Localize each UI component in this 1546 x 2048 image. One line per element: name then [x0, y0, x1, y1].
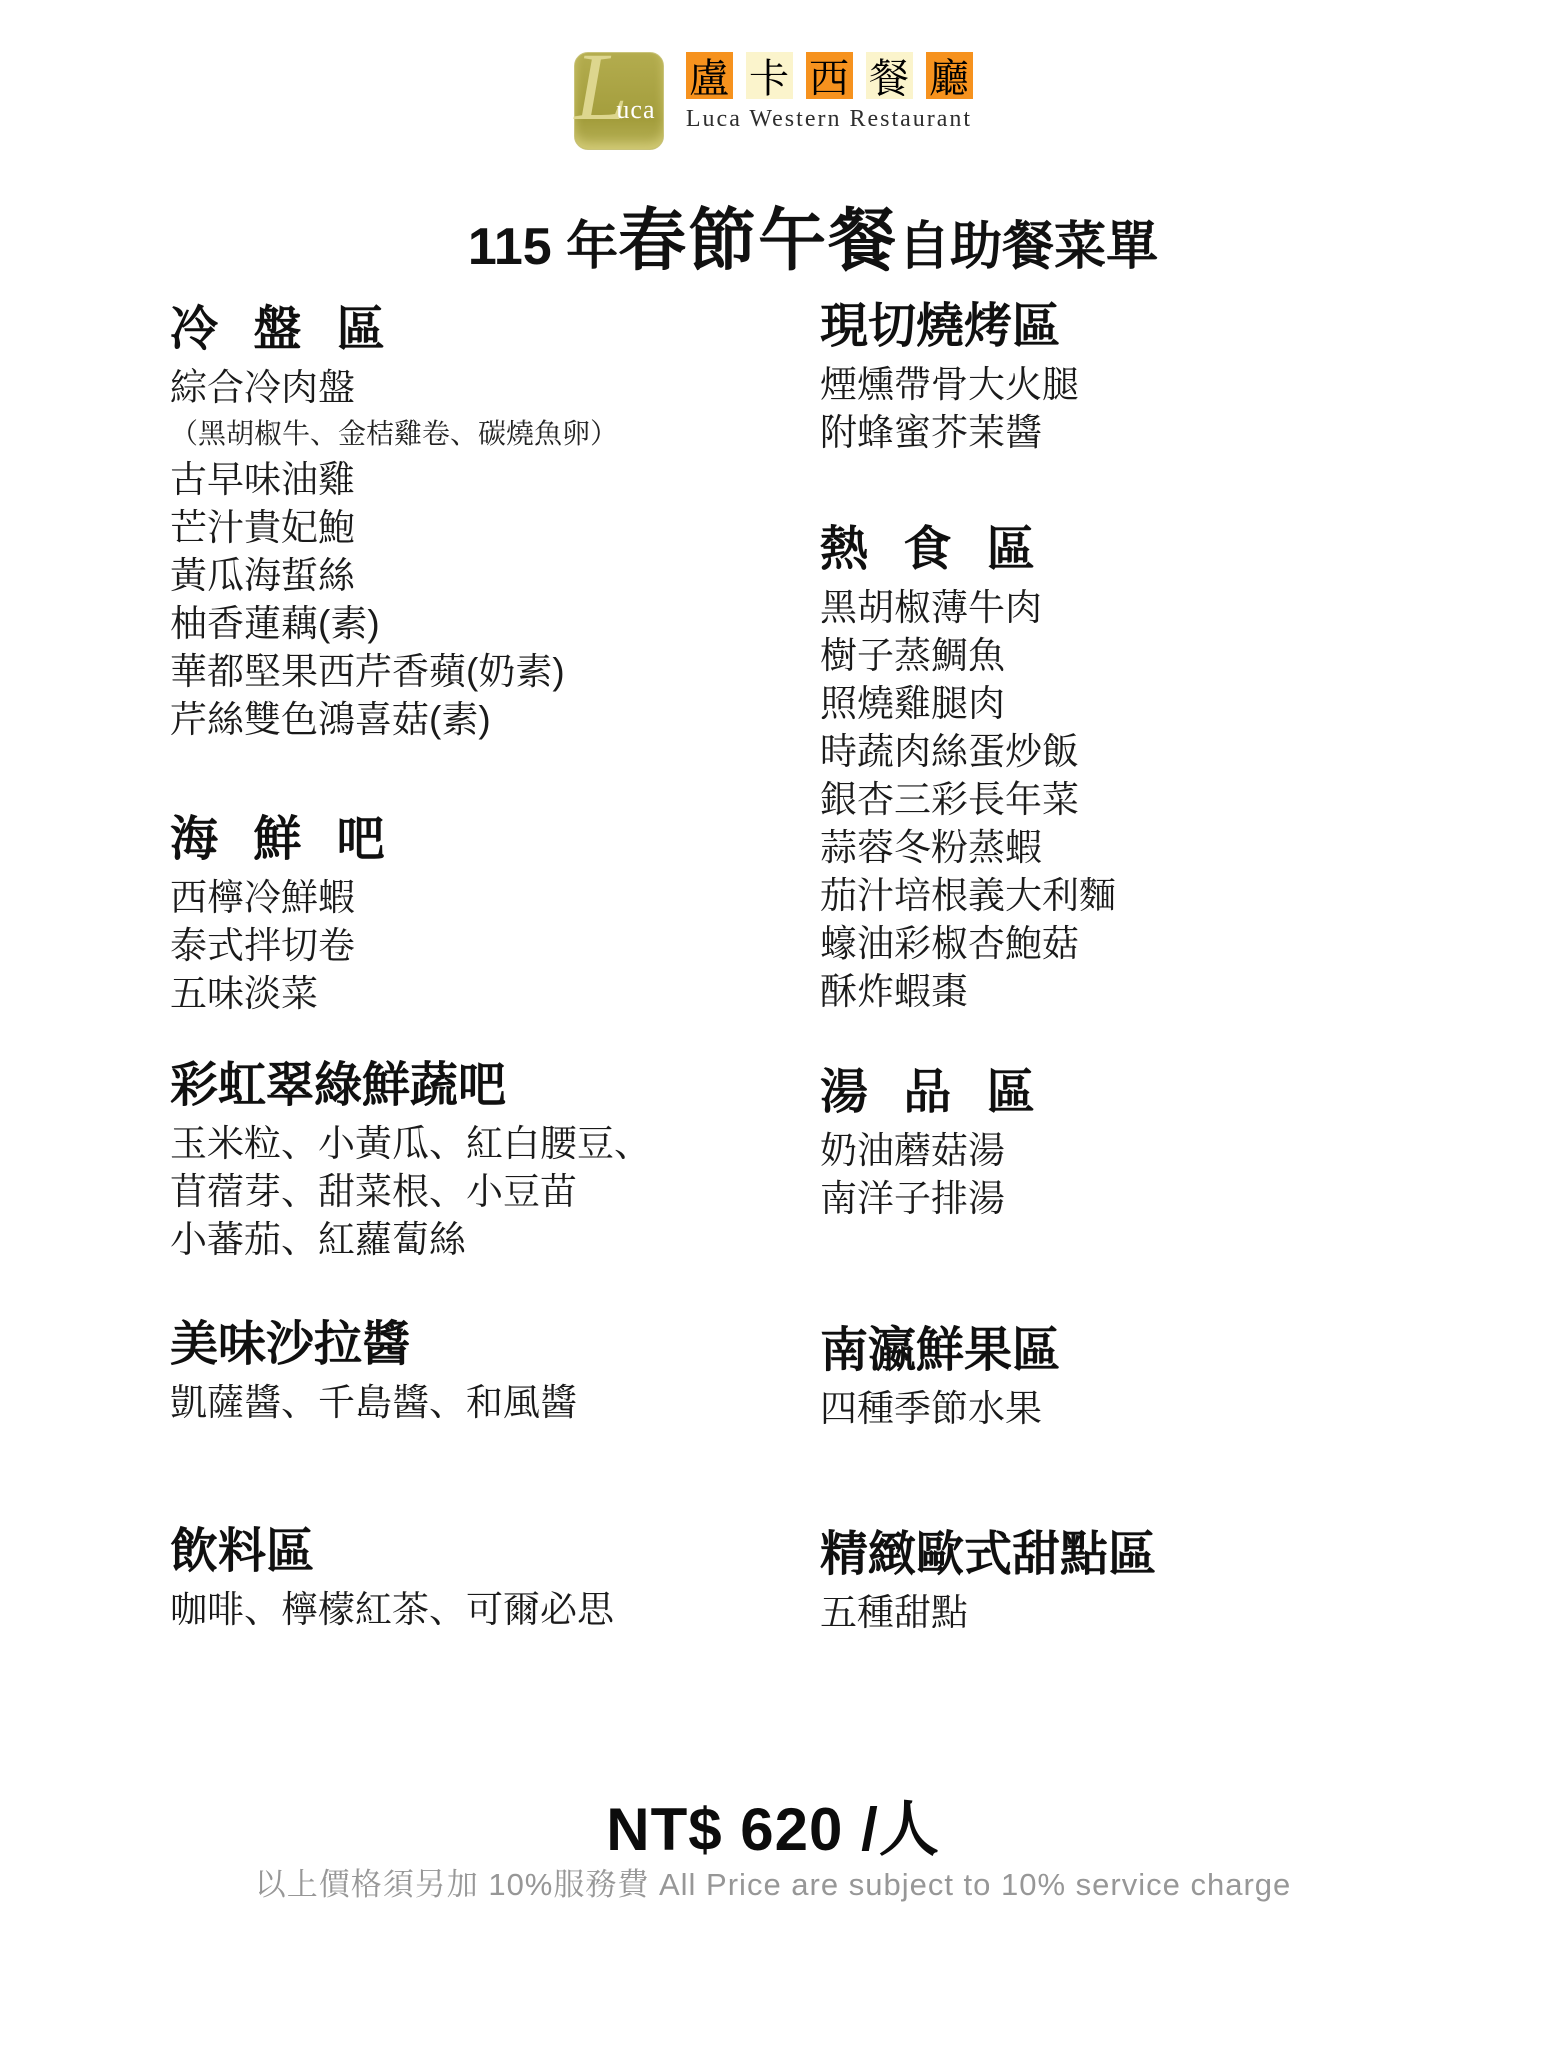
- menu-section-salad-bar: 彩虹翠綠鮮蔬吧 玉米粒、小黃瓜、紅白腰豆、 苜蓿芽、甜菜根、小豆苗 小蕃茄、紅蘿…: [170, 1060, 816, 1264]
- restaurant-name-en: Luca Western Restaurant: [686, 106, 972, 133]
- menu-item: 芹絲雙色鴻喜菇(素): [170, 696, 816, 744]
- menu-item: 南洋子排湯: [820, 1175, 1466, 1223]
- logo-small-text: uca: [616, 95, 655, 125]
- section-items: 奶油蘑菇湯 南洋子排湯: [820, 1127, 1466, 1223]
- section-title: 飲料區: [170, 1526, 816, 1578]
- menu-item: 芒汁貴妃鮑: [170, 504, 816, 552]
- section-items: 綜合冷肉盤 （黑胡椒牛、金桔雞卷、碳燒魚卵） 古早味油雞 芒汁貴妃鮑 黃瓜海蜇絲…: [170, 364, 816, 744]
- menu-section-seafood-bar: 海 鮮 吧 西檸冷鮮蝦 泰式拌切卷 五味淡菜: [170, 814, 816, 1018]
- menu-section-fruits: 南瀛鮮果區 四種季節水果: [820, 1325, 1466, 1433]
- brand-name-block: 盧 卡 西 餐 廳 Luca Western Restaurant: [686, 52, 973, 133]
- section-items: 黑胡椒薄牛肉 樹子蒸鯛魚 照燒雞腿肉 時蔬肉絲蛋炒飯 銀杏三彩長年菜 蒜蓉冬粉蒸…: [820, 584, 1466, 1016]
- menu-item: 附蜂蜜芥茉醬: [820, 409, 1466, 457]
- menu-item: 古早味油雞: [170, 456, 816, 504]
- menu-item: 五味淡菜: [170, 970, 816, 1018]
- menu-section-cold-plates: 冷 盤 區 綜合冷肉盤 （黑胡椒牛、金桔雞卷、碳燒魚卵） 古早味油雞 芒汁貴妃鮑…: [170, 304, 816, 744]
- section-items: 四種季節水果: [820, 1385, 1466, 1433]
- menu-page: L uca 盧 卡 西 餐 廳 Luca Western Restaurant …: [0, 0, 1546, 2048]
- section-items: 煙燻帶骨大火腿 附蜂蜜芥茉醬: [820, 361, 1466, 457]
- menu-section-dressings: 美味沙拉醬 凱薩醬、千島醬、和風醬: [170, 1319, 816, 1427]
- menu-item: 苜蓿芽、甜菜根、小豆苗: [170, 1168, 816, 1216]
- price: NT$ 620 /人: [0, 1795, 1546, 1865]
- section-title: 海 鮮 吧: [170, 814, 816, 866]
- title-suffix: 自助餐菜單: [898, 218, 1158, 276]
- menu-item: 茄汁培根義大利麵: [820, 872, 1466, 920]
- menu-item: 銀杏三彩長年菜: [820, 776, 1466, 824]
- name-zh-char: 卡: [746, 52, 793, 99]
- menu-item: 小蕃茄、紅蘿蔔絲: [170, 1216, 816, 1264]
- name-zh-char: 廳: [926, 52, 973, 99]
- section-items: 西檸冷鮮蝦 泰式拌切卷 五味淡菜: [170, 874, 816, 1018]
- title-highlight: 春節午餐: [618, 203, 898, 279]
- menu-item: 奶油蘑菇湯: [820, 1127, 1466, 1175]
- menu-item: 玉米粒、小黃瓜、紅白腰豆、: [170, 1120, 816, 1168]
- section-items: 五種甜點: [820, 1589, 1466, 1637]
- section-title: 美味沙拉醬: [170, 1319, 816, 1371]
- restaurant-name-zh: 盧 卡 西 餐 廳: [686, 52, 973, 99]
- menu-item: 樹子蒸鯛魚: [820, 632, 1466, 680]
- section-title: 南瀛鮮果區: [820, 1325, 1466, 1377]
- name-zh-char: 西: [806, 52, 853, 99]
- menu-item: 柚香蓮藕(素): [170, 600, 816, 648]
- menu-item: 綜合冷肉盤: [170, 364, 816, 412]
- menu-item-detail: （黑胡椒牛、金桔雞卷、碳燒魚卵）: [170, 412, 816, 456]
- menu-item: 蠔油彩椒杏鮑菇: [820, 920, 1466, 968]
- menu-item: 華都堅果西芹香蘋(奶素): [170, 648, 816, 696]
- menu-item: 黃瓜海蜇絲: [170, 552, 816, 600]
- menu-section-desserts: 精緻歐式甜點區 五種甜點: [820, 1529, 1466, 1637]
- menu-item: 西檸冷鮮蝦: [170, 874, 816, 922]
- menu-section-carving-station: 現切燒烤區 煙燻帶骨大火腿 附蜂蜜芥茉醬: [820, 301, 1466, 457]
- menu-item: 黑胡椒薄牛肉: [820, 584, 1466, 632]
- section-items: 玉米粒、小黃瓜、紅白腰豆、 苜蓿芽、甜菜根、小豆苗 小蕃茄、紅蘿蔔絲: [170, 1120, 816, 1264]
- section-title: 冷 盤 區: [170, 304, 816, 356]
- restaurant-logo: L uca: [574, 52, 664, 150]
- menu-item: 五種甜點: [820, 1589, 1466, 1637]
- menu-item: 咖啡、檸檬紅茶、可爾必思: [170, 1586, 816, 1634]
- menu-section-drinks: 飲料區 咖啡、檸檬紅茶、可爾必思: [170, 1526, 816, 1634]
- menu-item: 四種季節水果: [820, 1385, 1466, 1433]
- page-title: 115 年春節午餐自助餐菜單: [40, 199, 1546, 295]
- section-title: 精緻歐式甜點區: [820, 1529, 1466, 1581]
- menu-section-hot-food: 熱 食 區 黑胡椒薄牛肉 樹子蒸鯛魚 照燒雞腿肉 時蔬肉絲蛋炒飯 銀杏三彩長年菜…: [820, 524, 1466, 1016]
- menu-section-soups: 湯 品 區 奶油蘑菇湯 南洋子排湯: [820, 1067, 1466, 1223]
- menu-item: 凱薩醬、千島醬、和風醬: [170, 1379, 816, 1427]
- section-title: 現切燒烤區: [820, 301, 1466, 353]
- section-items: 凱薩醬、千島醬、和風醬: [170, 1379, 816, 1427]
- menu-item: 時蔬肉絲蛋炒飯: [820, 728, 1466, 776]
- service-charge-note: 以上價格須另加 10%服務費 All Price are subject to …: [0, 1862, 1546, 1908]
- menu-item: 煙燻帶骨大火腿: [820, 361, 1466, 409]
- menu-item: 酥炸蝦棗: [820, 968, 1466, 1016]
- title-year: 115 年: [468, 218, 618, 276]
- section-title: 湯 品 區: [820, 1067, 1466, 1119]
- menu-item: 照燒雞腿肉: [820, 680, 1466, 728]
- menu-item: 蒜蓉冬粉蒸蝦: [820, 824, 1466, 872]
- section-items: 咖啡、檸檬紅茶、可爾必思: [170, 1586, 816, 1634]
- section-title: 熱 食 區: [820, 524, 1466, 576]
- brand-header: L uca 盧 卡 西 餐 廳 Luca Western Restaurant: [0, 52, 1546, 150]
- section-title: 彩虹翠綠鮮蔬吧: [170, 1060, 816, 1112]
- menu-item: 泰式拌切卷: [170, 922, 816, 970]
- name-zh-char: 盧: [686, 52, 733, 99]
- name-zh-char: 餐: [866, 52, 913, 99]
